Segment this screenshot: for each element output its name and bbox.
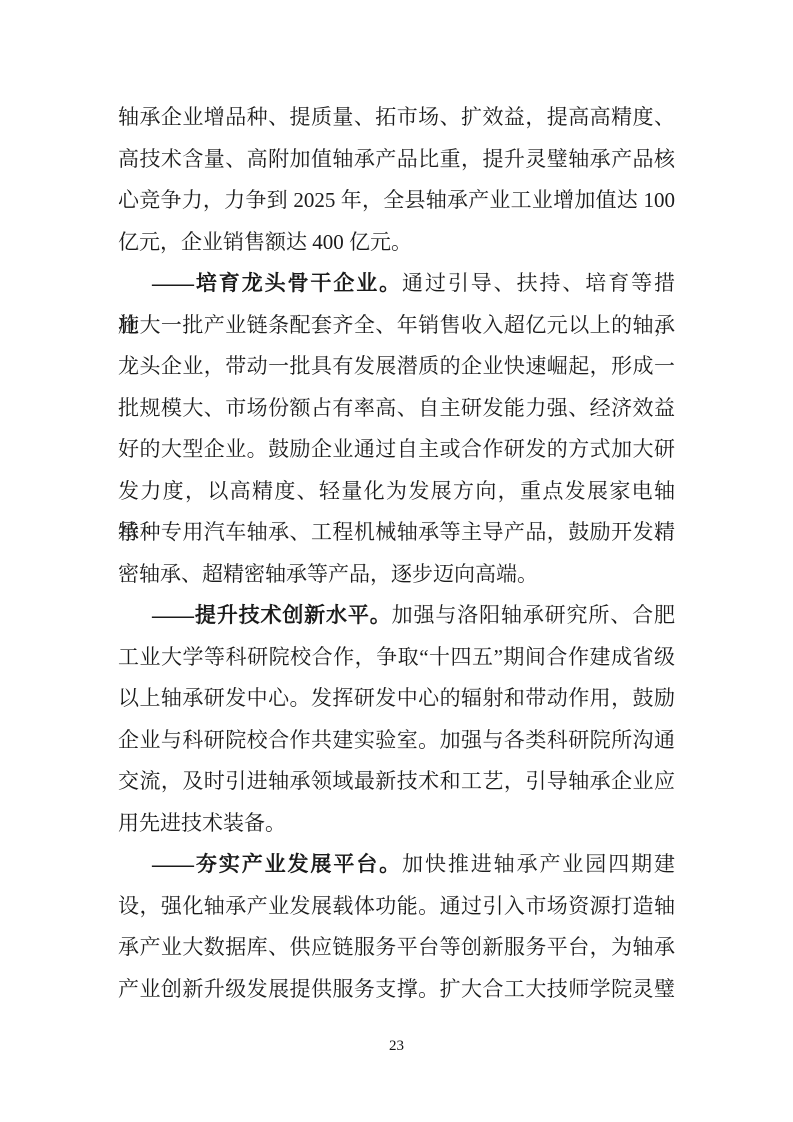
text-line: 高技术含量、高附加值轴承产品比重，提升灵璧轴承产品核: [118, 139, 675, 181]
section-heading-text: ——夯实产业发展平台。: [152, 852, 402, 876]
text-line: 密轴承、超精密轴承等产品，逐步迈向高端。: [118, 554, 675, 596]
text-line: 好的大型企业。鼓励企业通过自主或合作研发的方式加大研: [118, 429, 675, 471]
text-line: 设，强化轴承产业发展载体功能。通过引入市场资源打造轴: [118, 886, 675, 928]
text-line: ——提升技术创新水平。加强与洛阳轴承研究所、合肥: [118, 595, 675, 637]
section-heading-text: ——培育龙头骨干企业。: [152, 271, 402, 295]
text-line: 工业大学等科研院校合作，争取“十四五”期间合作建成省级: [118, 637, 675, 679]
body-text: 工业大学等科研院校合作，争取“十四五”期间合作建成省级: [118, 645, 675, 669]
text-line: 交流，及时引进轴承领域最新技术和工艺，引导轴承企业应: [118, 761, 675, 803]
text-line: 发力度，以高精度、轻量化为发展方向，重点发展家电轴承、: [118, 471, 675, 513]
body-text: 好的大型企业。鼓励企业通过自主或合作研发的方式加大研: [118, 437, 675, 461]
body-text: 心竞争力，力争到 2025 年，全县轴承产业工业增加值达 100: [118, 188, 675, 212]
text-line: 壮大一批产业链条配套齐全、年销售收入超亿元以上的轴承: [118, 305, 675, 347]
text-line: 特种专用汽车轴承、工程机械轴承等主导产品，鼓励开发精: [118, 512, 675, 554]
body-text: 设，强化轴承产业发展载体功能。通过引入市场资源打造轴: [118, 894, 675, 918]
text-line: 承产业大数据库、供应链服务平台等创新服务平台，为轴承: [118, 927, 675, 969]
text-line: 龙头企业，带动一批具有发展潜质的企业快速崛起，形成一: [118, 346, 675, 388]
text-line: 企业与科研院校合作共建实验室。加强与各类科研院所沟通: [118, 720, 675, 762]
text-line: 以上轴承研发中心。发挥研发中心的辐射和带动作用，鼓励: [118, 678, 675, 720]
paragraph: ——提升技术创新水平。加强与洛阳轴承研究所、合肥工业大学等科研院校合作，争取“十…: [118, 595, 675, 844]
text-line: 用先进技术装备。: [118, 803, 675, 845]
paragraph: 轴承企业增品种、提质量、拓市场、扩效益，提高高精度、高技术含量、高附加值轴承产品…: [118, 97, 675, 263]
text-line: 亿元，企业销售额达 400 亿元。: [118, 222, 675, 264]
body-text: 交流，及时引进轴承领域最新技术和工艺，引导轴承企业应: [118, 769, 675, 793]
body-text: 亿元，企业销售额达 400 亿元。: [118, 230, 412, 254]
body-text: 加快推进轴承产业园四期建: [402, 852, 675, 876]
body-text: 高技术含量、高附加值轴承产品比重，提升灵璧轴承产品核: [118, 147, 675, 171]
section-heading-text: ——提升技术创新水平。: [152, 603, 392, 627]
body-text: 承产业大数据库、供应链服务平台等创新服务平台，为轴承: [118, 935, 675, 959]
document-page: 轴承企业增品种、提质量、拓市场、扩效益，提高高精度、高技术含量、高附加值轴承产品…: [0, 0, 793, 1122]
text-line: ——夯实产业发展平台。加快推进轴承产业园四期建: [118, 844, 675, 886]
body-text: 以上轴承研发中心。发挥研发中心的辐射和带动作用，鼓励: [118, 686, 675, 710]
text-line: 轴承企业增品种、提质量、拓市场、扩效益，提高高精度、: [118, 97, 675, 139]
body-text: 加强与洛阳轴承研究所、合肥: [392, 603, 675, 627]
body-text: 特种专用汽车轴承、工程机械轴承等主导产品，鼓励开发精: [118, 520, 675, 544]
body-text: 企业与科研院校合作共建实验室。加强与各类科研院所沟通: [118, 728, 675, 752]
text-line: 批规模大、市场份额占有率高、自主研发能力强、经济效益: [118, 388, 675, 430]
document-body: 轴承企业增品种、提质量、拓市场、扩效益，提高高精度、高技术含量、高附加值轴承产品…: [118, 97, 675, 1010]
text-line: 产业创新升级发展提供服务支撑。扩大合工大技师学院灵璧: [118, 969, 675, 1011]
body-text: 龙头企业，带动一批具有发展潜质的企业快速崛起，形成一: [118, 354, 675, 378]
body-text: 轴承企业增品种、提质量、拓市场、扩效益，提高高精度、: [118, 105, 675, 129]
body-text: 产业创新升级发展提供服务支撑。扩大合工大技师学院灵璧: [118, 977, 675, 1001]
paragraph: ——培育龙头骨干企业。通过引导、扶持、培育等措施，壮大一批产业链条配套齐全、年销…: [118, 263, 675, 595]
text-line: 心竞争力，力争到 2025 年，全县轴承产业工业增加值达 100: [118, 180, 675, 222]
paragraph: ——夯实产业发展平台。加快推进轴承产业园四期建设，强化轴承产业发展载体功能。通过…: [118, 844, 675, 1010]
body-text: 密轴承、超精密轴承等产品，逐步迈向高端。: [118, 562, 538, 586]
body-text: 用先进技术装备。: [118, 811, 286, 835]
page-number: 23: [0, 1036, 793, 1056]
body-text: 批规模大、市场份额占有率高、自主研发能力强、经济效益: [118, 396, 675, 420]
text-line: ——培育龙头骨干企业。通过引导、扶持、培育等措施，: [118, 263, 675, 305]
body-text: 壮大一批产业链条配套齐全、年销售收入超亿元以上的轴承: [118, 313, 675, 337]
